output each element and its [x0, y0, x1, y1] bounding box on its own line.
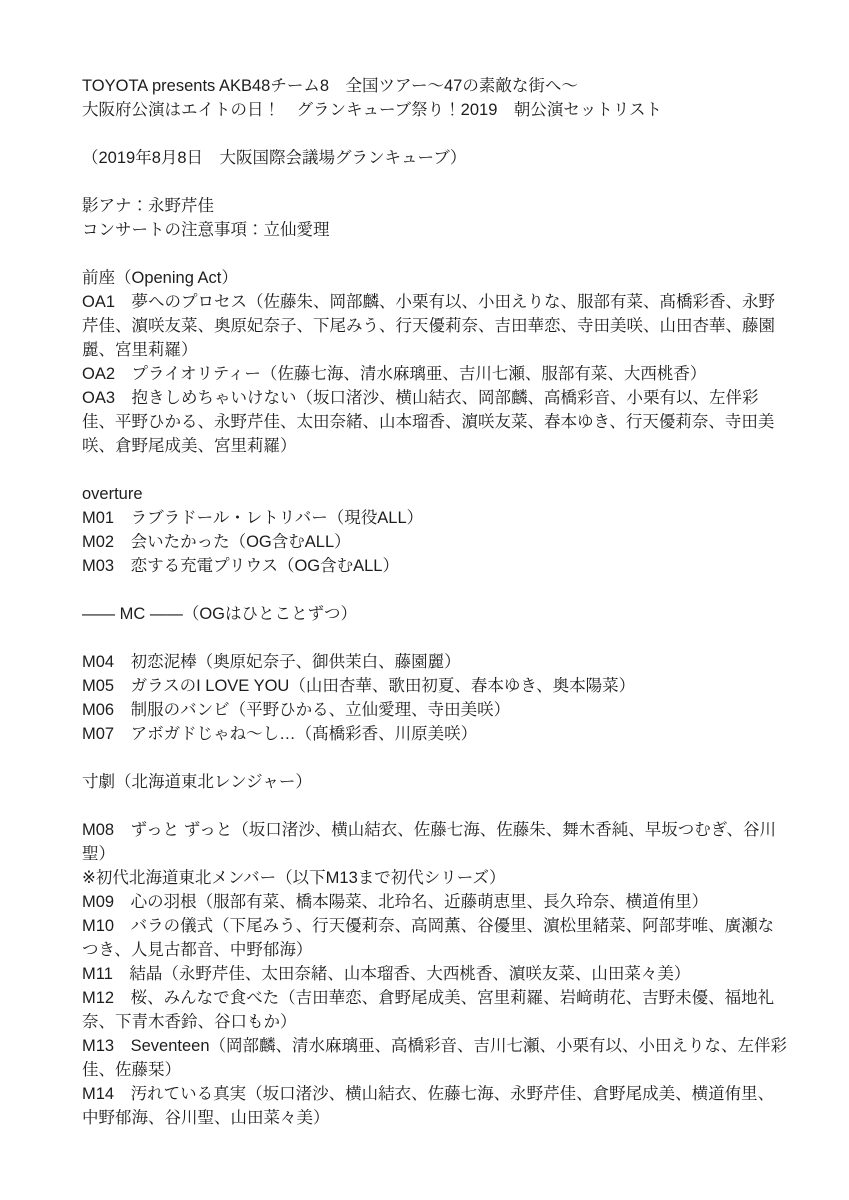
opening-act-block: 前座（Opening Act） OA1 夢へのプロセス（佐藤朱、岡部麟、小栗有以…	[82, 266, 787, 458]
event-title: 大阪府公演はエイトの日！ グランキューブ祭り！2019 朝公演セットリスト	[82, 98, 787, 122]
setlist-line-m06: M06 制服のバンビ（平野ひかる、立仙愛理、寺田美咲）	[82, 698, 787, 722]
m08-m14-block: M08 ずっと ずっと（坂口渚沙、横山結衣、佐藤七海、佐藤朱、舞木香純、早坂つむ…	[82, 818, 787, 1130]
setlist-note-first-gen: ※初代北海道東北メンバー（以下M13まで初代シリーズ）	[82, 866, 787, 890]
m04-m07-block: M04 初恋泥棒（奥原妃奈子、御供茉白、藤園麗） M05 ガラスのI LOVE …	[82, 650, 787, 746]
setlist-line-m07: M07 アボガドじゃね〜し…（髙橋彩香、川原美咲）	[82, 722, 787, 746]
setlist-line-m01: M01 ラブラドール・レトリバー（現役ALL）	[82, 506, 787, 530]
title-block: TOYOTA presents AKB48チーム8 全国ツアー〜47の素敵な街へ…	[82, 74, 787, 122]
setlist-line-m13: M13 Seventeen（岡部麟、清水麻璃亜、高橋彩音、吉川七瀬、小栗有以、小…	[82, 1034, 787, 1082]
concert-notice-credit: コンサートの注意事項：立仙愛理	[82, 218, 787, 242]
setlist-line-m03: M03 恋する充電プリウス（OG含むALL）	[82, 554, 787, 578]
tour-title: TOYOTA presents AKB48チーム8 全国ツアー〜47の素敵な街へ…	[82, 74, 787, 98]
mc-block: —— MC ——（OGはひとことずつ）	[82, 602, 787, 626]
date-block: （2019年8月8日 大阪国際会議場グランキューブ）	[82, 146, 787, 170]
mc-line: —— MC ——（OGはひとことずつ）	[82, 602, 787, 626]
event-date-venue: （2019年8月8日 大阪国際会議場グランキューブ）	[82, 146, 787, 170]
setlist-line-m12: M12 桜、みんなで食べた（吉田華恋、倉野尾成美、宮里莉羅、岩﨑萌花、吉野未優、…	[82, 986, 787, 1034]
setlist-line-oa3: OA3 抱きしめちゃいけない（坂口渚沙、横山結衣、岡部麟、高橋彩音、小栗有以、左…	[82, 386, 787, 458]
opening-act-heading: 前座（Opening Act）	[82, 266, 787, 290]
setlist-line-m02: M02 会いたかった（OG含むALL）	[82, 530, 787, 554]
setlist-line-m04: M04 初恋泥棒（奥原妃奈子、御供茉白、藤園麗）	[82, 650, 787, 674]
overture-block: overture M01 ラブラドール・レトリバー（現役ALL） M02 会いた…	[82, 482, 787, 578]
setlist-document: TOYOTA presents AKB48チーム8 全国ツアー〜47の素敵な街へ…	[82, 74, 787, 1154]
setlist-line-m14: M14 汚れている真実（坂口渚沙、横山結衣、佐藤七海、永野芹佳、倉野尾成美、横道…	[82, 1082, 787, 1130]
overture-heading: overture	[82, 482, 787, 506]
setlist-line-oa2: OA2 プライオリティー（佐藤七海、清水麻璃亜、吉川七瀬、服部有菜、大西桃香）	[82, 362, 787, 386]
skit-block: 寸劇（北海道東北レンジャー）	[82, 770, 787, 794]
credits-block: 影アナ：永野芹佳 コンサートの注意事項：立仙愛理	[82, 194, 787, 242]
setlist-line-m11: M11 結晶（永野芹佳、太田奈緒、山本瑠香、大西桃香、濵咲友菜、山田菜々美）	[82, 962, 787, 986]
kage-ana-credit: 影アナ：永野芹佳	[82, 194, 787, 218]
skit-line: 寸劇（北海道東北レンジャー）	[82, 770, 787, 794]
setlist-line-m09: M09 心の羽根（服部有菜、橋本陽菜、北玲名、近藤萌恵里、長久玲奈、横道侑里）	[82, 890, 787, 914]
setlist-line-oa1: OA1 夢へのプロセス（佐藤朱、岡部麟、小栗有以、小田えりな、服部有菜、髙橋彩香…	[82, 290, 787, 362]
setlist-line-m05: M05 ガラスのI LOVE YOU（山田杏華、歌田初夏、春本ゆき、奥本陽菜）	[82, 674, 787, 698]
setlist-line-m10: M10 バラの儀式（下尾みう、行天優莉奈、高岡薫、谷優里、濵松里緒菜、阿部芽唯、…	[82, 914, 787, 962]
setlist-line-m08: M08 ずっと ずっと（坂口渚沙、横山結衣、佐藤七海、佐藤朱、舞木香純、早坂つむ…	[82, 818, 787, 866]
